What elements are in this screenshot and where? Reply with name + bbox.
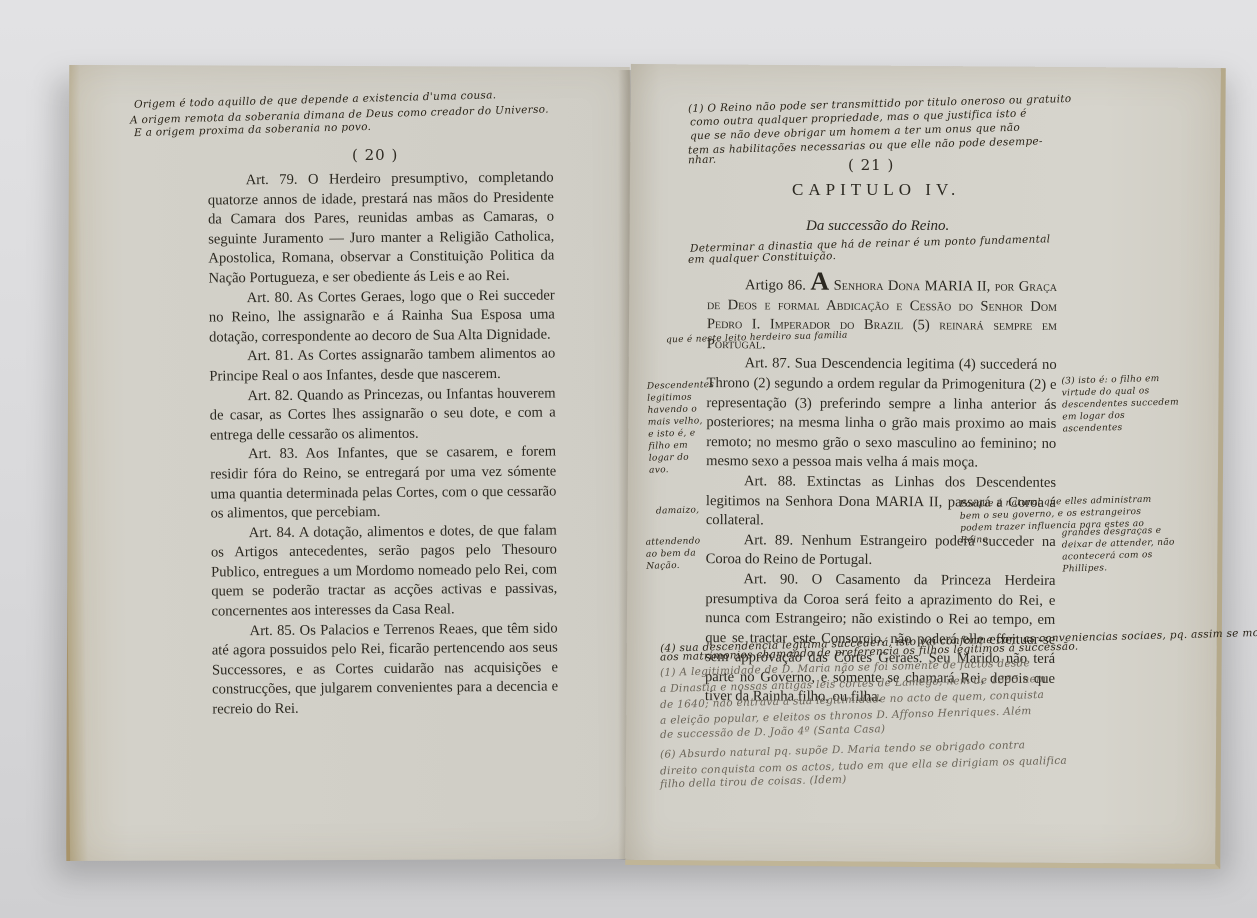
left-page-body: Art. 79. O Herdeiro presumptivo, complet… [208, 169, 559, 721]
margin-note-left-2: Descendentes legitimos havendo o mais ve… [647, 379, 705, 476]
article-86-drop-cap: A [810, 267, 829, 296]
article-82: Art. 82. Quando as Princezas, ou Infanta… [209, 384, 555, 446]
margin-note-right-1: (3) isto é: o filho em virtude do qual o… [1061, 372, 1181, 435]
article-90-label: Art. 90. [743, 571, 798, 587]
article-89-label: Art. 89. [744, 532, 794, 548]
article-84: Art. 84. A dotação, alimentos e dotes, d… [211, 521, 558, 622]
article-79: Art. 79. O Herdeiro presumptivo, complet… [208, 169, 555, 290]
margin-note-left-4: attendendo ao bem da Nação. [646, 535, 705, 573]
article-87: Art. 87. Sua Descendencia legitima (4) s… [706, 354, 1057, 473]
right-page-number: ( 21 ) [848, 156, 894, 174]
right-handwritten-note-5: nhar. [688, 154, 717, 167]
article-85: Art. 85. Os Palacios e Terrenos Reaes, q… [212, 619, 559, 720]
article-88-label: Art. 88. [744, 473, 796, 489]
article-87-label: Art. 87. [745, 356, 791, 372]
article-86-label: Artigo 86. [745, 277, 806, 293]
margin-note-right-3: grandes desgraças e deixar de attender, … [1061, 524, 1178, 575]
article-87-text: Sua Descendencia legitima (4) succederá … [706, 356, 1057, 471]
article-81: Art. 81. As Cortes assignarão tambem ali… [209, 345, 555, 387]
margin-note-left-3: damaizo, [656, 504, 700, 517]
article-83: Art. 83. Aos Infantes, que se casarem, e… [210, 443, 557, 524]
chapter-subtitle: Da successão do Reino. [806, 218, 949, 235]
article-80: Art. 80. As Cortes Geraes, logo que o Re… [209, 286, 555, 348]
chapter-title: CAPITULO IV. [792, 180, 960, 200]
left-page-number: ( 20 ) [352, 146, 398, 164]
